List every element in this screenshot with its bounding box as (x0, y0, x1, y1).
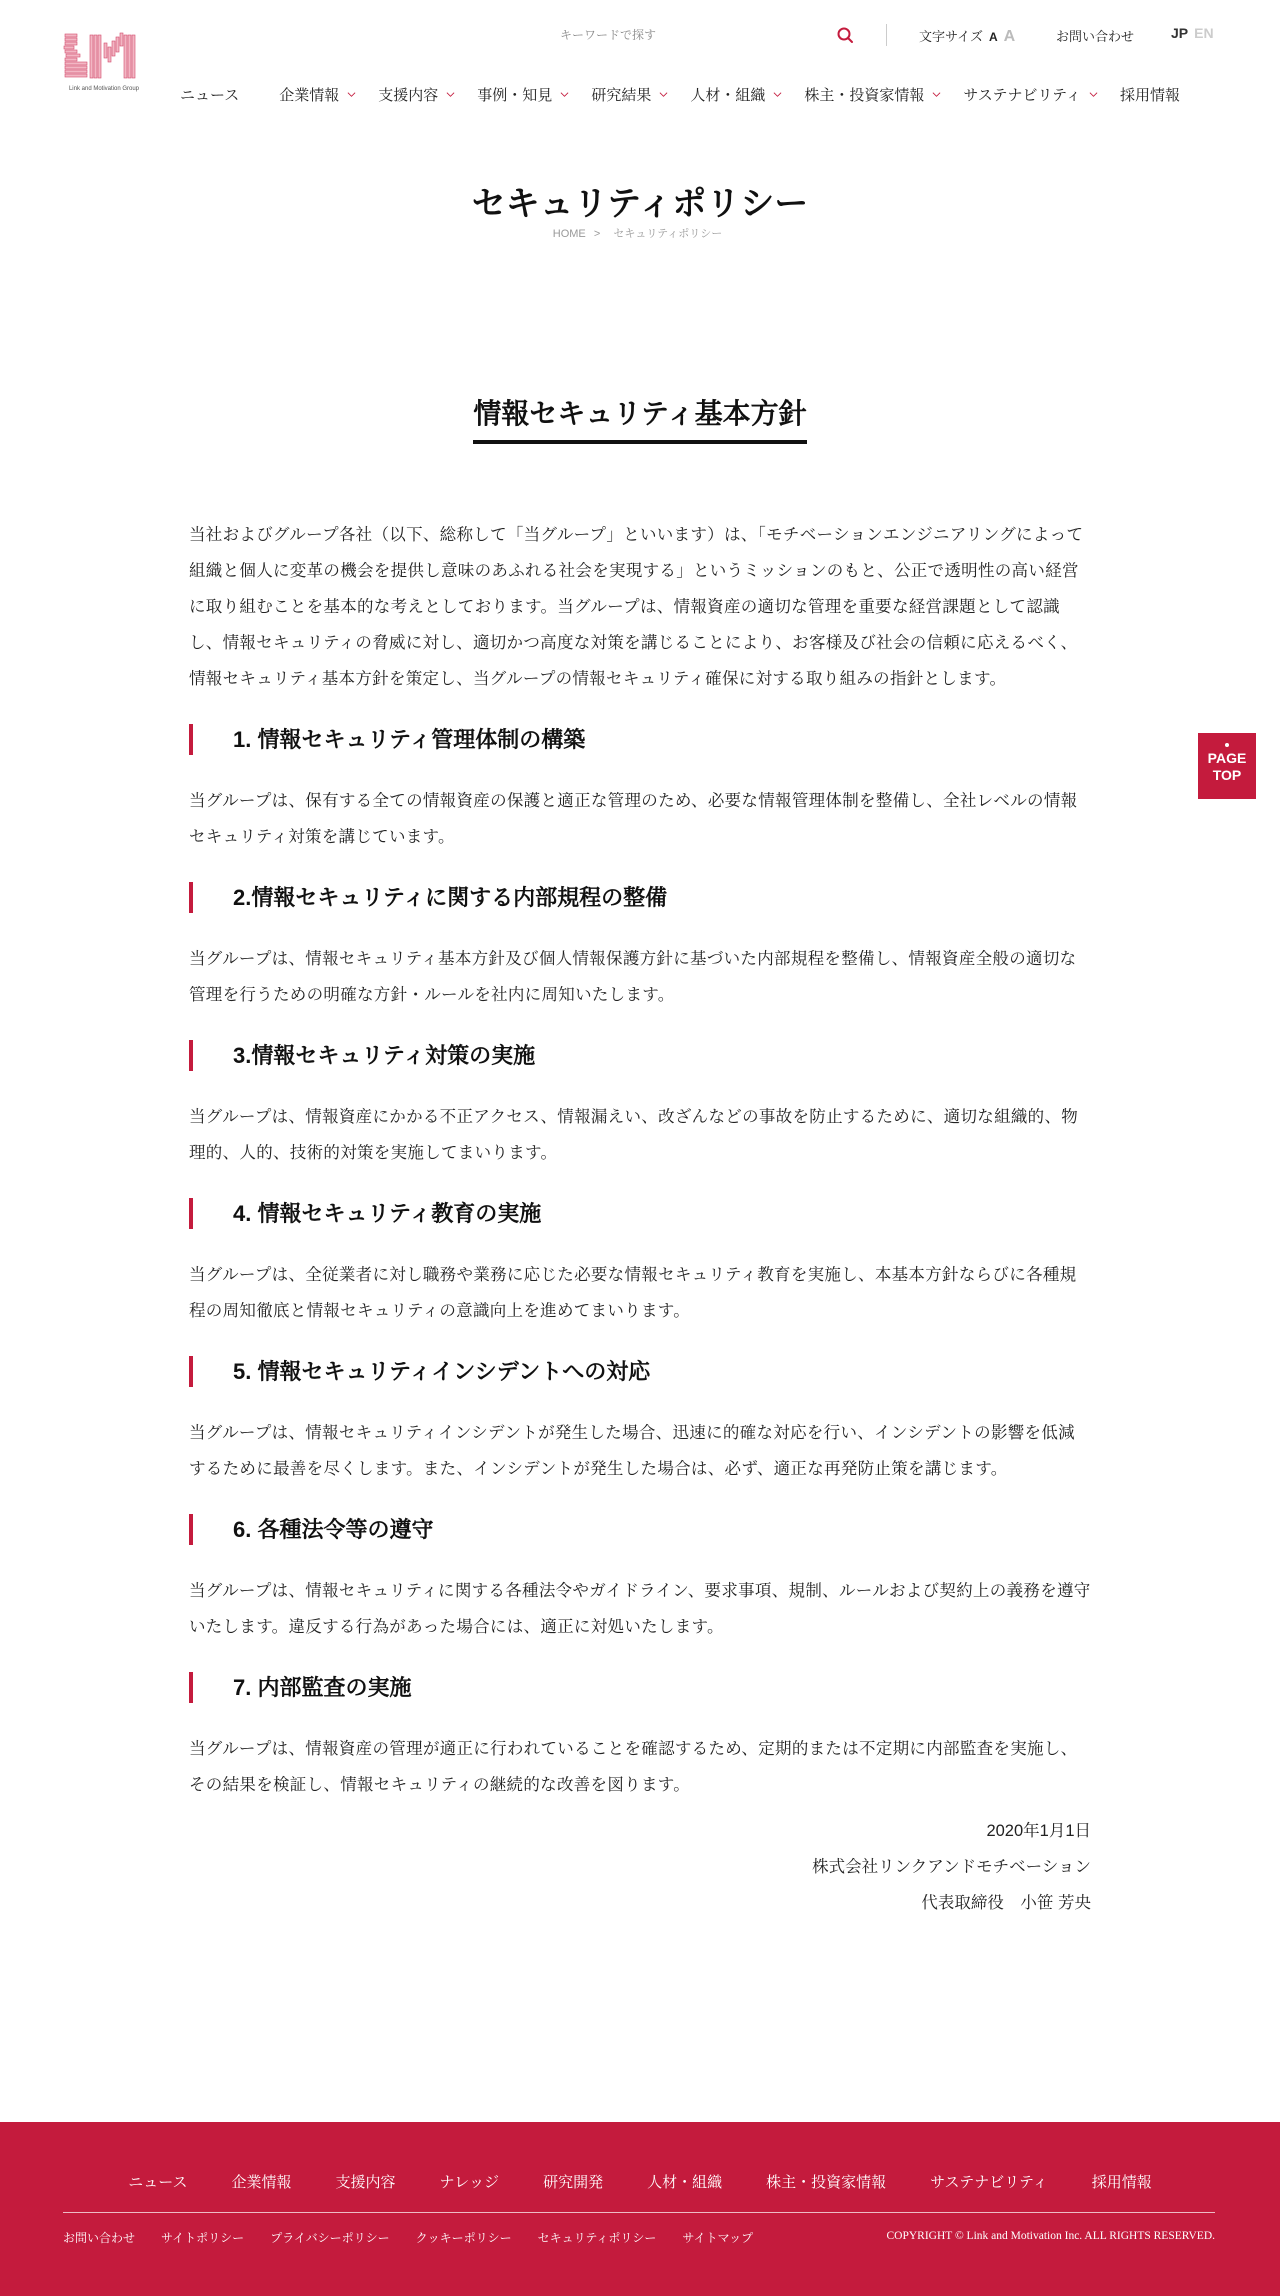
contact-link[interactable]: お問い合わせ (1056, 26, 1134, 45)
policy-title: 情報セキュリティ基本方針 (473, 392, 806, 444)
policy-content: 当社およびグループ各社（以下、総称して「当グループ」といいます）は、「モチベーシ… (189, 517, 1091, 1921)
chevron-down-icon (560, 90, 569, 99)
nav-label: 研究結果 (591, 84, 651, 105)
signature-date: 2020年1月1日 (189, 1813, 1091, 1849)
nav-label: ニュース (180, 84, 239, 105)
footer-nav-research[interactable]: 研究開発 (543, 2171, 603, 2192)
breadcrumb-home-link[interactable]: HOME (553, 228, 586, 240)
lang-en-button[interactable]: EN (1194, 25, 1213, 41)
section-heading: 3.情報セキュリティ対策の実施 (189, 1039, 1091, 1073)
nav-label: 採用情報 (1120, 84, 1180, 105)
site-header: Link and Motivation Group 文字サイズ A A お問い合… (0, 0, 1280, 130)
language-switcher: JP EN (1171, 25, 1214, 41)
nav-item-recruit[interactable]: 採用情報 (1120, 84, 1180, 105)
signature-representative: 代表取締役 小笹 芳央 (189, 1885, 1091, 1921)
lm-logo-icon (63, 32, 145, 82)
font-size-control: 文字サイズ A A (919, 26, 1015, 46)
nav-item-cases[interactable]: 事例・知見 (477, 84, 569, 105)
chevron-down-icon (659, 90, 668, 99)
breadcrumb-separator: > (594, 228, 600, 240)
section-body: 当グループは、情報セキュリティに関する各種法令やガイドライン、要求事項、規制、ル… (189, 1573, 1091, 1645)
section-body: 当グループは、保有する全ての情報資産の保護と適正な管理のため、必要な情報管理体制… (189, 783, 1091, 855)
section-heading: 4. 情報セキュリティ教育の実施 (189, 1197, 1091, 1231)
section-heading: 1. 情報セキュリティ管理体制の構築 (189, 723, 1091, 757)
section-heading: 2.情報セキュリティに関する内部規程の整備 (189, 881, 1091, 915)
font-size-label: 文字サイズ (919, 26, 983, 45)
section-body: 当グループは、情報セキュリティ基本方針及び個人情報保護方針に基づいた内部規程を整… (189, 941, 1091, 1013)
breadcrumb-current: セキュリティポリシー (613, 228, 722, 240)
nav-item-sustainability[interactable]: サステナビリティ (963, 84, 1098, 105)
dot-icon (1225, 743, 1229, 747)
footer-link-cookie-policy[interactable]: クッキーポリシー (416, 2229, 512, 2246)
nav-item-services[interactable]: 支援内容 (378, 84, 455, 105)
footer-link-site-policy[interactable]: サイトポリシー (161, 2229, 244, 2246)
section-heading: 5. 情報セキュリティインシデントへの対応 (189, 1355, 1091, 1389)
footer-link-privacy-policy[interactable]: プライバシーポリシー (270, 2229, 389, 2246)
nav-label: 株主・投資家情報 (804, 84, 924, 105)
footer-link-contact[interactable]: お問い合わせ (63, 2229, 135, 2246)
footer-links: お問い合わせ サイトポリシー プライバシーポリシー クッキーポリシー セキュリテ… (63, 2229, 779, 2246)
section-body: 当グループは、情報セキュリティインシデントが発生した場合、迅速に的確な対応を行い… (189, 1415, 1091, 1487)
policy-title-wrap: 情報セキュリティ基本方針 (0, 392, 1280, 444)
company-logo[interactable]: Link and Motivation Group (63, 32, 145, 96)
nav-label: 事例・知見 (477, 84, 552, 105)
page-title: セキュリティポリシー (0, 176, 1280, 225)
nav-label: サステナビリティ (963, 84, 1081, 105)
font-size-small-button[interactable]: A (989, 30, 998, 44)
search-icon[interactable] (836, 26, 854, 44)
footer-link-sitemap[interactable]: サイトマップ (682, 2229, 753, 2246)
footer-nav-company[interactable]: 企業情報 (232, 2171, 292, 2192)
section-body: 当グループは、全従業者に対し職務や業務に応じた必要な情報セキュリティ教育を実施し… (189, 1257, 1091, 1329)
page-top-button[interactable]: PAGE TOP (1198, 733, 1256, 799)
chevron-down-icon (932, 90, 941, 99)
search-input[interactable] (560, 28, 820, 42)
nav-item-company[interactable]: 企業情報 (279, 84, 356, 105)
nav-label: 人材・組織 (690, 84, 765, 105)
search-bar (560, 22, 860, 48)
section-body: 当グループは、情報資産にかかる不正アクセス、情報漏えい、改ざんなどの事故を防止す… (189, 1099, 1091, 1171)
header-divider (886, 24, 887, 46)
font-size-large-button[interactable]: A (1004, 28, 1016, 46)
section-heading: 7. 内部監査の実施 (189, 1671, 1091, 1705)
signature-company: 株式会社リンクアンドモチベーション (189, 1849, 1091, 1885)
footer-nav-sustainability[interactable]: サステナビリティ (930, 2171, 1048, 2192)
chevron-down-icon (1089, 90, 1098, 99)
footer-nav: ニュース 企業情報 支援内容 ナレッジ 研究開発 人材・組織 株主・投資家情報 … (0, 2171, 1280, 2192)
footer-nav-people[interactable]: 人材・組織 (647, 2171, 722, 2192)
chevron-down-icon (347, 90, 356, 99)
chevron-down-icon (773, 90, 782, 99)
nav-label: 企業情報 (279, 84, 339, 105)
copyright: COPYRIGHT © Link and Motivation Inc. ALL… (886, 2230, 1215, 2242)
nav-item-investors[interactable]: 株主・投資家情報 (804, 84, 941, 105)
nav-item-news[interactable]: ニュース (180, 84, 239, 105)
footer-nav-recruit[interactable]: 採用情報 (1092, 2171, 1152, 2192)
site-footer: ニュース 企業情報 支援内容 ナレッジ 研究開発 人材・組織 株主・投資家情報 … (0, 2122, 1280, 2296)
breadcrumb: HOME > セキュリティポリシー (0, 225, 1280, 241)
chevron-down-icon (446, 90, 455, 99)
footer-nav-knowledge[interactable]: ナレッジ (440, 2171, 500, 2192)
section-body: 当グループは、情報資産の管理が適正に行われていることを確認するため、定期的または… (189, 1731, 1091, 1803)
footer-nav-services[interactable]: 支援内容 (336, 2171, 396, 2192)
section-heading: 6. 各種法令等の遵守 (189, 1513, 1091, 1547)
logo-text: Link and Motivation Group (63, 86, 145, 92)
footer-divider (63, 2212, 1215, 2213)
nav-item-people[interactable]: 人材・組織 (690, 84, 782, 105)
lang-jp-button[interactable]: JP (1171, 25, 1188, 41)
page-top-label-2: TOP (1198, 767, 1256, 784)
nav-label: 支援内容 (378, 84, 438, 105)
page-top-label-1: PAGE (1198, 750, 1256, 767)
signature-block: 2020年1月1日 株式会社リンクアンドモチベーション 代表取締役 小笹 芳央 (189, 1813, 1091, 1921)
main-nav: ニュース 企業情報 支援内容 事例・知見 研究結果 人材・組織 株主・投資家情報… (180, 84, 1202, 105)
policy-intro: 当社およびグループ各社（以下、総称して「当グループ」といいます）は、「モチベーシ… (189, 517, 1091, 697)
nav-item-research[interactable]: 研究結果 (591, 84, 668, 105)
footer-link-security-policy[interactable]: セキュリティポリシー (538, 2229, 657, 2246)
footer-nav-investors[interactable]: 株主・投資家情報 (766, 2171, 886, 2192)
footer-nav-news[interactable]: ニュース (128, 2171, 187, 2192)
